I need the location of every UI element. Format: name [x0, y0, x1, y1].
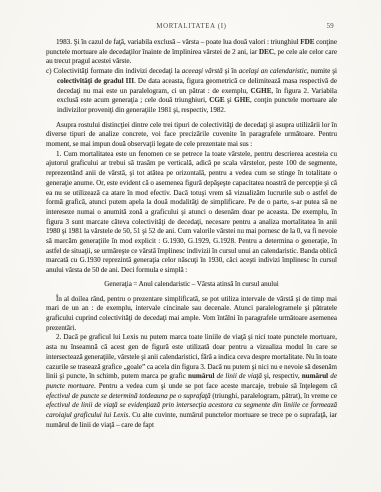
page-number: 59 — [327, 23, 334, 30]
text-run: efectivul de puncte se determină totdeau… — [46, 392, 211, 400]
text-run: . Pentru a vedea cum şi unde se pot face… — [94, 382, 337, 390]
text-run: colectivităţi de gradul III — [57, 77, 134, 85]
text-run: CGHE — [251, 87, 272, 95]
text-run: (triunghi, paralelogram, pătrat), în vre… — [211, 392, 337, 400]
paragraph: Generaţia = Anul calendaristic – Vârsta … — [46, 280, 337, 290]
document-page: MORTALITATEA (I) 59 1983. Şi în cazul de… — [0, 0, 381, 492]
page-body: 1983. Şi în cazul de faţă, variabila exc… — [46, 38, 337, 430]
text-run: Asupra rostului distincţiei dintre cele … — [46, 121, 337, 148]
paragraph: În al doilea rând, pentru o prezentare s… — [46, 295, 337, 334]
text-run: CGE — [209, 96, 224, 104]
text-run: DEC — [259, 48, 274, 56]
text-run: şi în — [223, 67, 239, 75]
text-run: Colectivităţi formate din indivizi deced… — [53, 67, 181, 75]
text-run: şi, respectiv, — [262, 372, 302, 380]
paragraph: 1. Cum mortalitatea este un fenomen ce s… — [46, 150, 337, 276]
text-run: FDE — [300, 38, 314, 46]
text-run: numărul — [188, 372, 214, 380]
paragraph: c) Colectivităţi formate din indivizi de… — [46, 67, 337, 116]
text-run: 1. Cum mortalitatea este un fenomen ce s… — [46, 150, 337, 274]
paragraph: Asupra rostului distincţiei dintre cele … — [46, 121, 337, 150]
text-run: numărul — [302, 372, 328, 380]
running-title: MORTALITATEA (I) — [46, 23, 337, 30]
paragraph: 2. Dacă pe graficul lui Lexis nu putem m… — [46, 333, 337, 430]
text-run: 1983. Şi în cazul de faţă, variabila exc… — [56, 38, 300, 46]
page-header: MORTALITATEA (I) 59 — [46, 23, 337, 33]
paragraph: 1983. Şi în cazul de faţă, variabila exc… — [46, 38, 337, 67]
text-run: Generaţia = Anul calendaristic – Vârsta … — [104, 280, 278, 288]
text-run: În al doilea rând, pentru o prezentare s… — [46, 295, 337, 332]
text-run: acelaşi an calendaristic — [239, 67, 307, 75]
text-run: aceeaşi vârstă — [182, 67, 223, 75]
text-run: de linii de viaţă — [217, 372, 262, 380]
text-run: , numite şi — [307, 67, 337, 75]
text-run: şi — [225, 96, 235, 104]
text-run: GHE — [234, 96, 250, 104]
